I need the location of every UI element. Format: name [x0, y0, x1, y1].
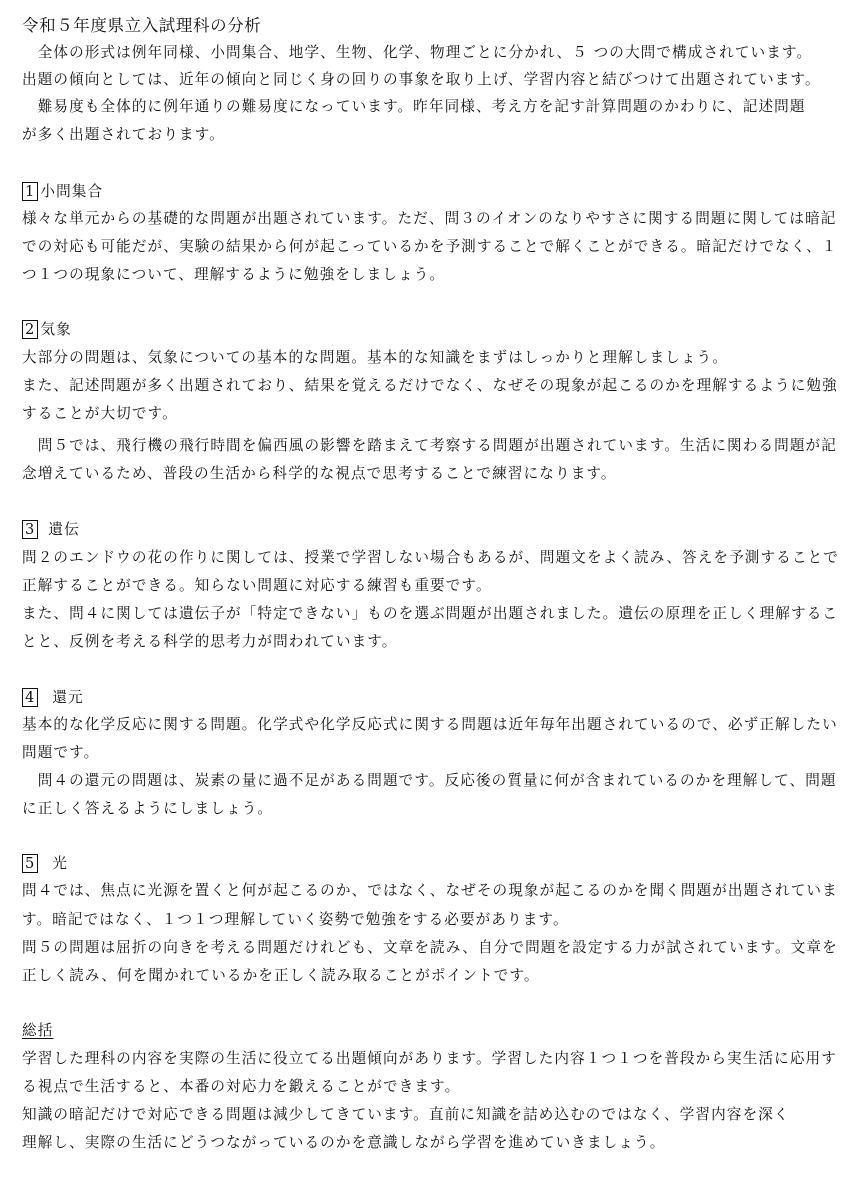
- section-2-line: 念増えているため、普段の生活から科学的な視点で思考することで練習になります。: [22, 465, 617, 483]
- section-5-line: 正しく読み、何を聞かれているかを正しく読み取ることがポイントです。: [22, 967, 540, 985]
- section-1-heading: 1 小問集合: [22, 182, 103, 201]
- section-title: 遺伝: [48, 521, 79, 539]
- section-3-line: 正解することができる。知らない問題に対応する練習も重要です。: [22, 577, 492, 595]
- intro-line: 出題の傾向としては、近年の傾向と同じく身の回りの事象を取り上げ、学習内容と結びつ…: [22, 71, 821, 89]
- summary-line: 学習した理科の内容を実際の生活に役立てる出題傾向があります。学習した内容１つ１つ…: [22, 1050, 837, 1068]
- summary-heading: 総括: [22, 1022, 53, 1040]
- intro-line: 全体の形式は例年同様、小問集合、地学、生物、化学、物理ごとに分かれ、５ つの大問…: [22, 44, 812, 62]
- summary-line: 理解し、実際の生活にどうつながっているのかを意識しながら学習を進めていきましょう…: [22, 1134, 665, 1152]
- section-3-line: とと、反例を考える科学的思考力が問われています。: [22, 633, 397, 651]
- section-title: 光: [52, 855, 68, 873]
- section-title: 小問集合: [40, 183, 103, 201]
- section-5-line: 問４では、焦点に光源を置くと何が起こるのか、ではなく、なぜその現象が起こるのかを…: [22, 882, 838, 900]
- intro-line: が多く出題されております。: [22, 126, 225, 144]
- section-2-line: することが大切です。: [22, 405, 178, 423]
- section-4-heading: 4 還元: [22, 688, 84, 707]
- page-title: 令和５年度県立入試理科の分析: [22, 17, 261, 35]
- section-number-box: 1: [22, 182, 38, 201]
- section-title: 還元: [52, 689, 83, 707]
- section-3-line: また、問４に関しては遺伝子が「特定できない」ものを選ぶ問題が出題されました。遺伝…: [22, 605, 838, 623]
- summary-line: 知識の暗記だけで対応できる問題は減少してきています。直前に知識を詰め込むのではな…: [22, 1106, 790, 1124]
- section-5-heading: 5 光: [22, 854, 68, 873]
- section-4-line: 問４の還元の問題は、炭素の量に過不足がある問題です。反応後の質量に何が含まれてい…: [22, 772, 837, 790]
- section-number-box: 2: [22, 320, 38, 339]
- section-1-line: 様々な単元からの基礎的な問題が出題されています。ただ、問３のイオンのなりやすさに…: [22, 210, 836, 228]
- section-3-line: 問２のエンドウの花の作りに関しては、授業で学習しない場合もあるが、問題文をよく読…: [22, 549, 839, 567]
- section-2-line: また、記述問題が多く出題されており、結果を覚えるだけでなく、なぜその現象が起こる…: [22, 377, 838, 395]
- section-4-line: に正しく答えるようにしましょう。: [22, 800, 273, 818]
- section-4-line: 基本的な化学反応に関する問題。化学式や化学反応式に関する問題は近年毎年出題されて…: [22, 716, 838, 734]
- section-2-line: 問５では、飛行機の飛行時間を偏西風の影響を踏まえて考察する問題が出題されています…: [22, 437, 837, 455]
- section-1-line: での対応も可能だが、実験の結果から何が起こっているかを予測することで解くことがで…: [22, 238, 838, 256]
- section-5-line: す。暗記ではなく、１つ１つ理解していく姿勢で勉強をする必要があります。: [22, 911, 569, 929]
- section-number-box: 3: [22, 520, 38, 539]
- intro-line: 難易度も全体的に例年通りの難易度になっています。昨年同様、考え方を記す計算問題の…: [22, 98, 806, 116]
- section-number-box: 4: [22, 688, 38, 707]
- section-1-line: つ１つの現象について、理解するように勉強をしましょう。: [22, 266, 445, 284]
- summary-line: る視点で生活すると、本番の対応力を鍛えることができます。: [22, 1078, 460, 1096]
- section-3-heading: 3 遺伝: [22, 520, 80, 539]
- section-number-box: 5: [22, 854, 38, 873]
- section-4-line: 問題です。: [22, 744, 99, 762]
- section-2-line: 大部分の問題は、気象についての基本的な問題。基本的な知識をまずはしっかりと理解し…: [22, 349, 728, 367]
- section-2-heading: 2 気象: [22, 320, 72, 339]
- section-5-line: 問５の問題は屈折の向きを考える問題だけれども、文章を読み、自分で問題を設定する力…: [22, 939, 838, 957]
- section-title: 気象: [40, 321, 71, 339]
